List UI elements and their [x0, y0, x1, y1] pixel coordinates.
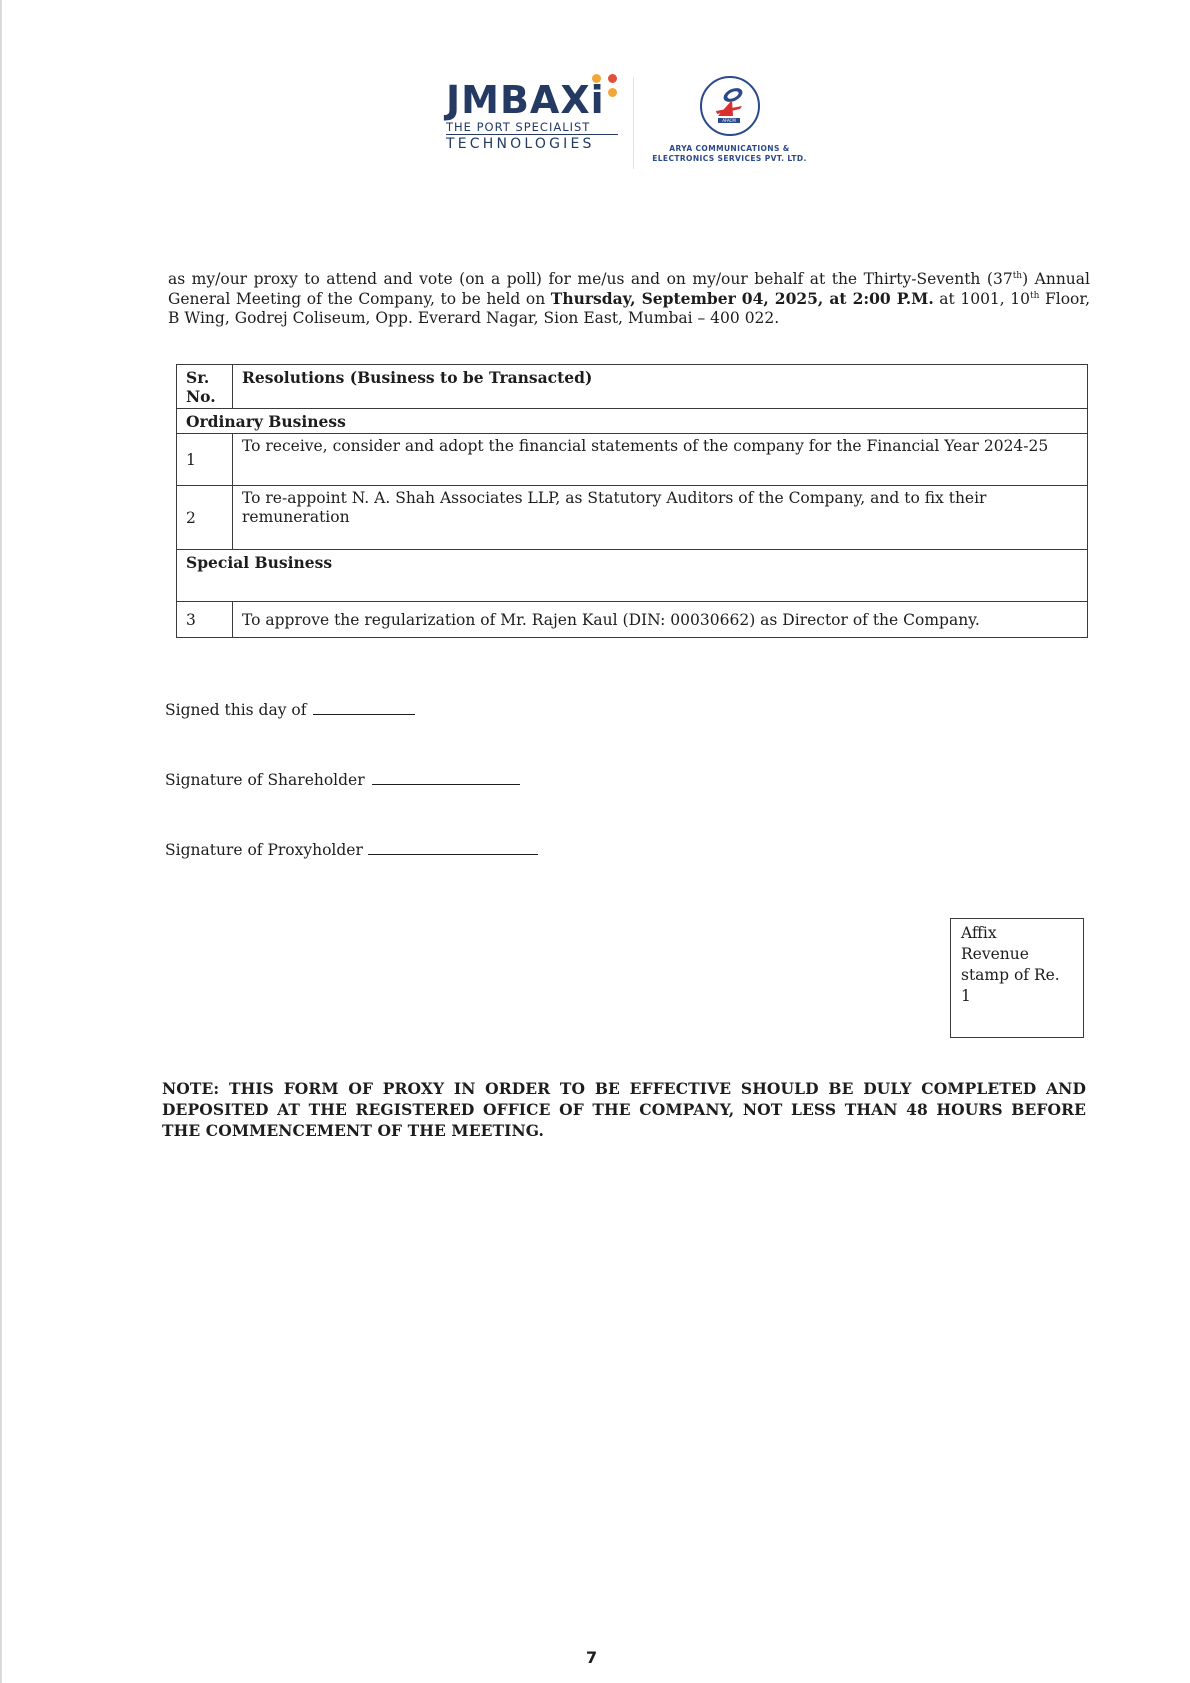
resolution-number: 2 — [177, 486, 233, 550]
shareholder-signature-field: Signature of Shareholder — [165, 770, 520, 790]
shareholder-signature-blank[interactable] — [372, 770, 520, 785]
resolutions-table: Sr. No. Resolutions (Business to be Tran… — [176, 364, 1088, 638]
table-header-row: Sr. No. Resolutions (Business to be Tran… — [177, 365, 1088, 409]
resolution-text: To re-appoint N. A. Shah Associates LLP,… — [233, 486, 1088, 550]
arya-company-name: ARYA COMMUNICATIONS & ELECTRONICS SERVIC… — [642, 144, 817, 164]
header-resolutions: Resolutions (Business to be Transacted) — [233, 365, 1088, 409]
proxy-intro-paragraph: as my/our proxy to attend and vote (on a… — [168, 270, 1090, 328]
resolution-number: 3 — [177, 602, 233, 638]
resolution-text: To approve the regularization of Mr. Raj… — [233, 602, 1088, 638]
header-sr-no: Sr. No. — [177, 365, 233, 409]
proxyholder-signature-field: Signature of Proxyholder — [165, 840, 538, 860]
section-row-special: Special Business — [177, 550, 1088, 602]
section-title: Ordinary Business — [177, 409, 1088, 434]
table-row: 1 To receive, consider and adopt the fin… — [177, 434, 1088, 486]
logo-tagline: THE PORT SPECIALIST — [446, 120, 618, 135]
satellite-dish-emblem-icon: AFACM — [700, 76, 760, 136]
arya-logo: AFACM ARYA COMMUNICATIONS & ELECTRONICS … — [642, 76, 817, 164]
jm-baxi-logo: JMBAXi THE PORT SPECIALIST TECHNOLOGIES — [446, 80, 626, 153]
logo-dots-icon — [592, 74, 632, 104]
jm-baxi-wordmark: JMBAXi — [446, 80, 626, 120]
header-logos: JMBAXi THE PORT SPECIALIST TECHNOLOGIES … — [440, 72, 820, 172]
section-title: Special Business — [177, 550, 1088, 602]
signed-day-blank[interactable] — [313, 700, 415, 715]
svg-text:AFACM: AFACM — [722, 118, 736, 123]
page-number: 7 — [586, 1648, 597, 1667]
table-row: 2 To re-appoint N. A. Shah Associates LL… — [177, 486, 1088, 550]
table-row: 3 To approve the regularization of Mr. R… — [177, 602, 1088, 638]
meeting-datetime: Thursday, September 04, 2025, at 2:00 P.… — [551, 289, 934, 308]
section-row-ordinary: Ordinary Business — [177, 409, 1088, 434]
logo-subline: TECHNOLOGIES — [446, 135, 626, 153]
resolution-number: 1 — [177, 434, 233, 486]
proxyholder-signature-blank[interactable] — [368, 840, 538, 855]
resolution-text: To receive, consider and adopt the finan… — [233, 434, 1088, 486]
proxy-note: NOTE: THIS FORM OF PROXY IN ORDER TO BE … — [162, 1078, 1086, 1141]
logo-divider — [633, 77, 634, 169]
signed-day-label: Signed this day of — [165, 701, 306, 719]
signed-day-field: Signed this day of — [165, 700, 415, 720]
page-edge — [0, 0, 2, 1683]
revenue-stamp-box: Affix Revenue stamp of Re. 1 — [950, 918, 1084, 1038]
proxyholder-signature-label: Signature of Proxyholder — [165, 841, 363, 859]
shareholder-signature-label: Signature of Shareholder — [165, 771, 365, 789]
